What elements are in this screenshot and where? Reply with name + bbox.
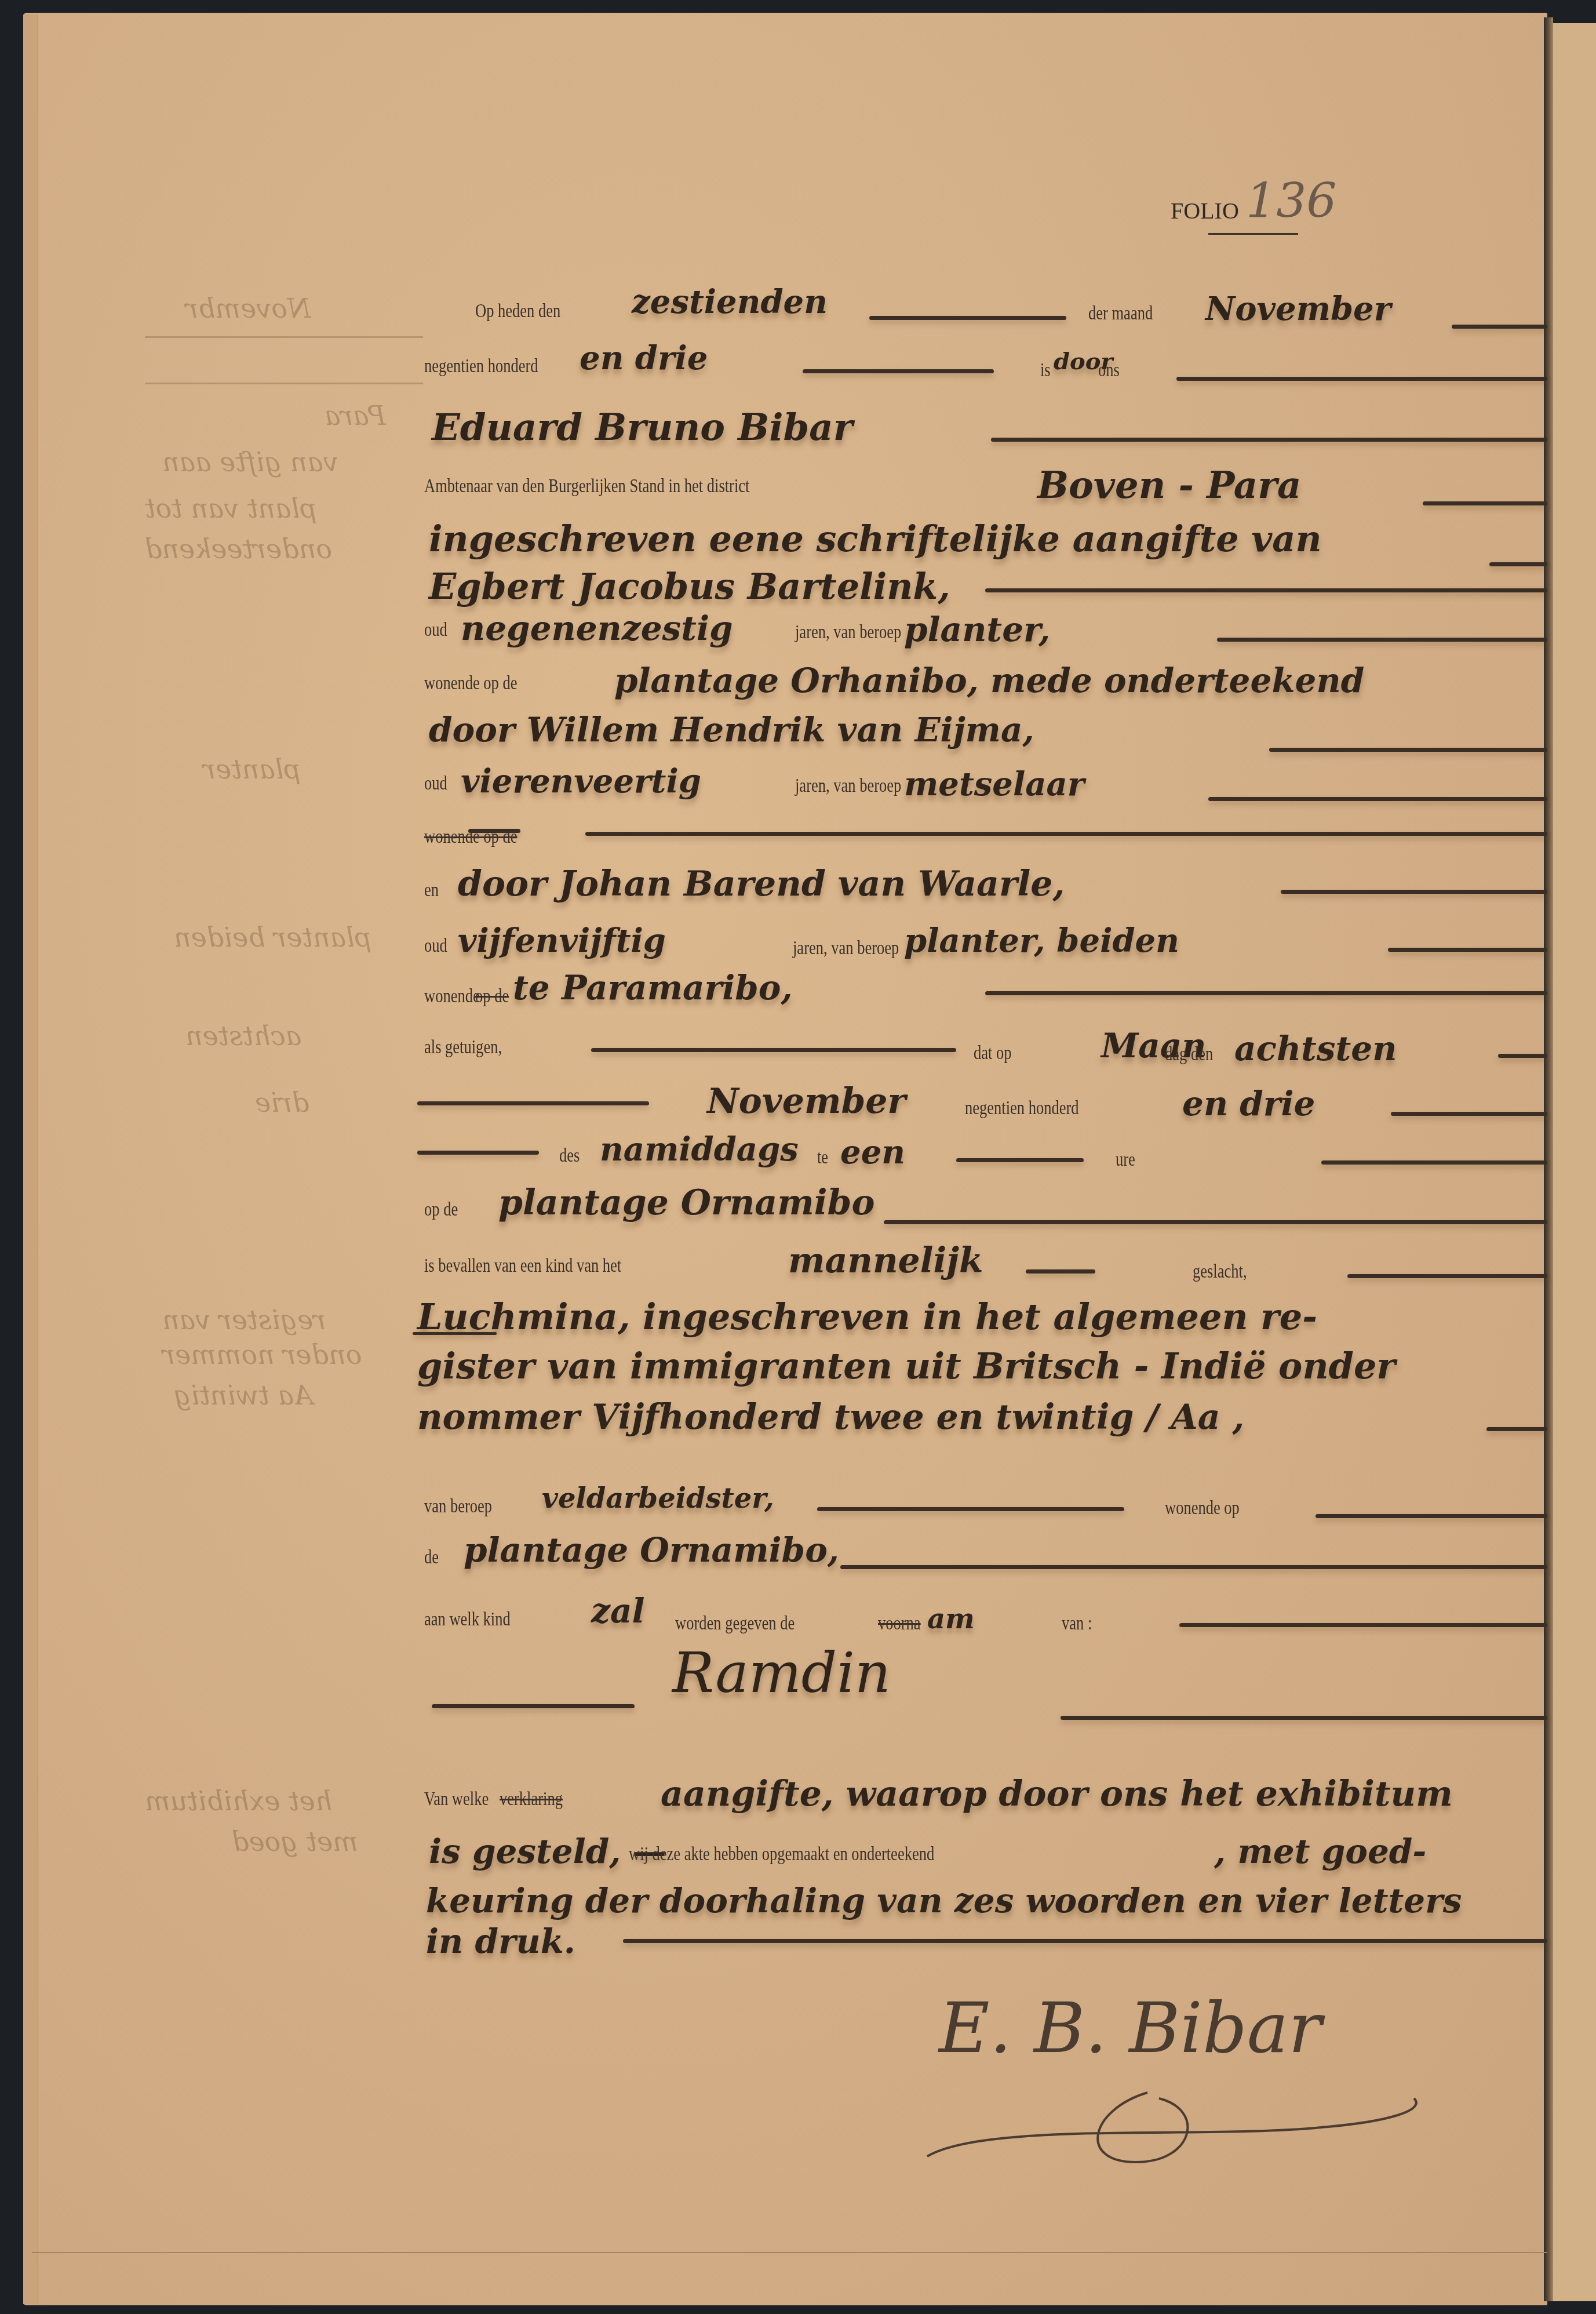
printed-text: als getuigen, — [424, 1036, 502, 1058]
bleed-through-text: onder nommer — [162, 1339, 362, 1370]
bleed-through-text: Novembr — [185, 293, 311, 324]
fill-line — [985, 588, 1547, 592]
witness-name: door Johan Barend van Waarle, — [458, 864, 1065, 904]
fill-line — [623, 1939, 1547, 1943]
printed-text: op de — [424, 1199, 458, 1221]
handwritten-gender: mannelijk — [788, 1240, 983, 1281]
printed-text: geslacht, — [1193, 1261, 1247, 1283]
printed-text: negentien honderd — [424, 355, 538, 377]
printed-text-struck: voorna — [878, 1613, 921, 1635]
printed-text: en — [424, 879, 439, 901]
fill-line — [1269, 748, 1547, 752]
printed-text: oud — [424, 619, 447, 641]
fill-line — [1208, 797, 1547, 801]
printed-text: jaren, van beroep — [795, 621, 901, 643]
fill-line — [1347, 1274, 1547, 1278]
bleed-through-text: het exhibitum — [145, 1785, 332, 1817]
printed-text: te — [817, 1147, 828, 1169]
handwritten-text: ingeschreven eene schriftelijke aangifte… — [429, 518, 1322, 560]
fill-line — [1026, 1269, 1095, 1274]
fill-line — [1217, 638, 1547, 642]
printed-text: worden gegeven de — [675, 1613, 795, 1635]
fill-line — [1176, 377, 1547, 381]
binding-strip — [23, 14, 38, 2304]
handwritten-occupation: planter, beiden — [904, 922, 1179, 960]
fill-line — [840, 1565, 1547, 1569]
handwritten-approval-text: keuring der doorhaling van zes woorden e… — [426, 1881, 1462, 1920]
mother-name-underline — [413, 1332, 497, 1335]
book-gutter — [1544, 17, 1553, 2301]
printed-text: Op heden den — [475, 300, 560, 322]
bleed-through-text: van gifte aan — [162, 446, 338, 478]
handwritten-birthplace: plantage Ornamibo — [498, 1183, 874, 1223]
handwritten-text: aangifte, waarop door ons het exhibitum — [661, 1774, 1453, 1814]
fill-line — [1486, 1427, 1547, 1431]
handwritten-occupation: planter, — [904, 610, 1051, 649]
fill-line — [1423, 501, 1547, 505]
printed-text: jaren, van beroep — [795, 775, 901, 797]
printed-text: de — [424, 1547, 439, 1569]
handwritten-year: en drie — [580, 339, 708, 377]
bleed-through-text: achtsten — [185, 1020, 301, 1052]
fill-line — [1061, 1716, 1547, 1720]
child-name: Ramdin — [672, 1640, 891, 1705]
printed-text: ure — [1116, 1149, 1135, 1171]
bleed-through-text: planter beiden — [174, 922, 371, 953]
printed-text: aan welk kind — [424, 1609, 511, 1631]
printed-text: dat op — [974, 1042, 1012, 1064]
handwritten-residence: te Paramaribo, — [513, 968, 793, 1007]
official-signature: E. B. Bibar — [939, 1988, 1322, 2069]
fill-line — [417, 1101, 649, 1105]
handwritten-occupation: veldarbeidster, — [542, 1482, 774, 1515]
fill-line — [1489, 562, 1547, 566]
fill-line — [884, 1220, 1547, 1224]
handwritten-month: November — [707, 1081, 906, 1122]
fill-line — [591, 1048, 956, 1052]
folio-number: 136 — [1246, 174, 1337, 229]
fill-line — [803, 369, 994, 373]
printed-text: jaren, van beroep — [793, 937, 899, 959]
handwritten-text: am — [927, 1603, 975, 1635]
handwritten-age: vierenveertig — [461, 762, 701, 801]
handwritten-hour: een — [840, 1133, 905, 1171]
handwritten-residence: plantage Ornamibo, — [464, 1530, 839, 1570]
fill-line — [1281, 890, 1547, 894]
handwritten-age: negenenzestig — [461, 609, 733, 648]
printed-text: der maand — [1088, 303, 1153, 325]
bleed-through-text: met goed — [232, 1826, 358, 1857]
handwritten-text: zal — [591, 1591, 645, 1631]
printed-text: wij deze akte hebben opgemaakt en ondert… — [629, 1843, 934, 1865]
bleed-through-text: drie — [255, 1087, 309, 1118]
printed-text-struck: verklaring — [500, 1788, 563, 1810]
folio-label: FOLIO — [1171, 197, 1239, 224]
handwritten-day: achtsten — [1234, 1029, 1397, 1068]
handwritten-year: en drie — [1182, 1084, 1315, 1123]
printed-text: negentien honderd — [965, 1097, 1079, 1119]
printed-text: Van welke — [424, 1788, 489, 1810]
bleed-through-text: Para — [325, 400, 386, 431]
printed-text: van : — [1062, 1613, 1092, 1635]
fill-line — [417, 1151, 539, 1155]
mother-registration-text: gister van immigranten uit Britsch - Ind… — [417, 1345, 1395, 1387]
bleed-through-line — [145, 336, 423, 338]
fill-line — [991, 438, 1547, 442]
mother-registration-number: nommer Vijfhonderd twee en twintig / Aa … — [417, 1397, 1244, 1438]
bleed-through-line — [145, 383, 423, 384]
signature-flourish — [916, 2087, 1437, 2168]
witness-name: door Willem Hendrik van Eijma, — [429, 710, 1034, 749]
printed-text: des — [559, 1145, 580, 1167]
printed-text: wonende — [424, 985, 480, 1007]
bleed-through-text: plant van tot — [145, 493, 317, 524]
handwritten-text: in druk. — [426, 1922, 575, 1961]
bleed-through-text: Aa twintig — [174, 1380, 313, 1411]
handwritten-text: , met goed- — [1214, 1832, 1426, 1871]
bleed-through-text: planter — [203, 754, 301, 785]
handwritten-day: zestienden — [632, 283, 828, 321]
fill-line — [585, 832, 1547, 836]
official-name: Eduard Bruno Bibar — [432, 406, 852, 449]
declarant-name: Egbert Jacobus Bartelink, — [429, 565, 950, 607]
fill-line — [985, 991, 1547, 995]
handwritten-age: vijfenvijftig — [458, 922, 666, 960]
fill-line — [1321, 1160, 1547, 1165]
fill-line — [817, 1507, 1124, 1511]
printed-text: wonende op de — [424, 672, 518, 694]
fill-line — [432, 1704, 635, 1708]
fill-line — [869, 316, 1066, 320]
printed-text: van beroep — [424, 1496, 492, 1518]
page-bottom-fold — [32, 2252, 1547, 2253]
folio-underline — [1208, 233, 1298, 235]
fill-line — [1452, 325, 1547, 329]
handwritten-month: November — [1205, 290, 1391, 328]
printed-text: dag den — [1165, 1043, 1213, 1065]
printed-text: is bevallen van een kind van het — [424, 1255, 621, 1277]
printed-text-struck: op de — [475, 985, 509, 1007]
handwritten-district: Boven - Para — [1037, 464, 1301, 507]
printed-text: oud — [424, 773, 447, 795]
adjacent-page-edge — [1553, 23, 1596, 2301]
printed-text: is — [1040, 359, 1051, 381]
printed-text: oud — [424, 935, 447, 957]
printed-text: Ambtenaar van den Burgerlijken Stand in … — [424, 475, 749, 497]
handwritten-text: plantage Orhanibo, mede onderteekend — [614, 661, 1364, 700]
bleed-through-text: register van — [162, 1304, 326, 1336]
mother-registration-text: Luchmina, ingeschreven in het algemeen r… — [417, 1296, 1317, 1338]
fill-line — [1179, 1623, 1547, 1627]
printed-text: wonende op — [1165, 1497, 1240, 1519]
bleed-through-text: onderteekend — [145, 533, 332, 565]
strike-line — [468, 829, 520, 833]
fill-line — [1388, 948, 1547, 952]
fill-line — [1391, 1112, 1547, 1116]
handwritten-occupation: metselaar — [904, 765, 1084, 803]
fill-line — [956, 1158, 1084, 1162]
fill-line — [1498, 1054, 1547, 1058]
handwritten-time-of-day: namiddags — [600, 1130, 799, 1169]
printed-text: ons — [1098, 359, 1120, 381]
fill-line — [1316, 1514, 1547, 1518]
